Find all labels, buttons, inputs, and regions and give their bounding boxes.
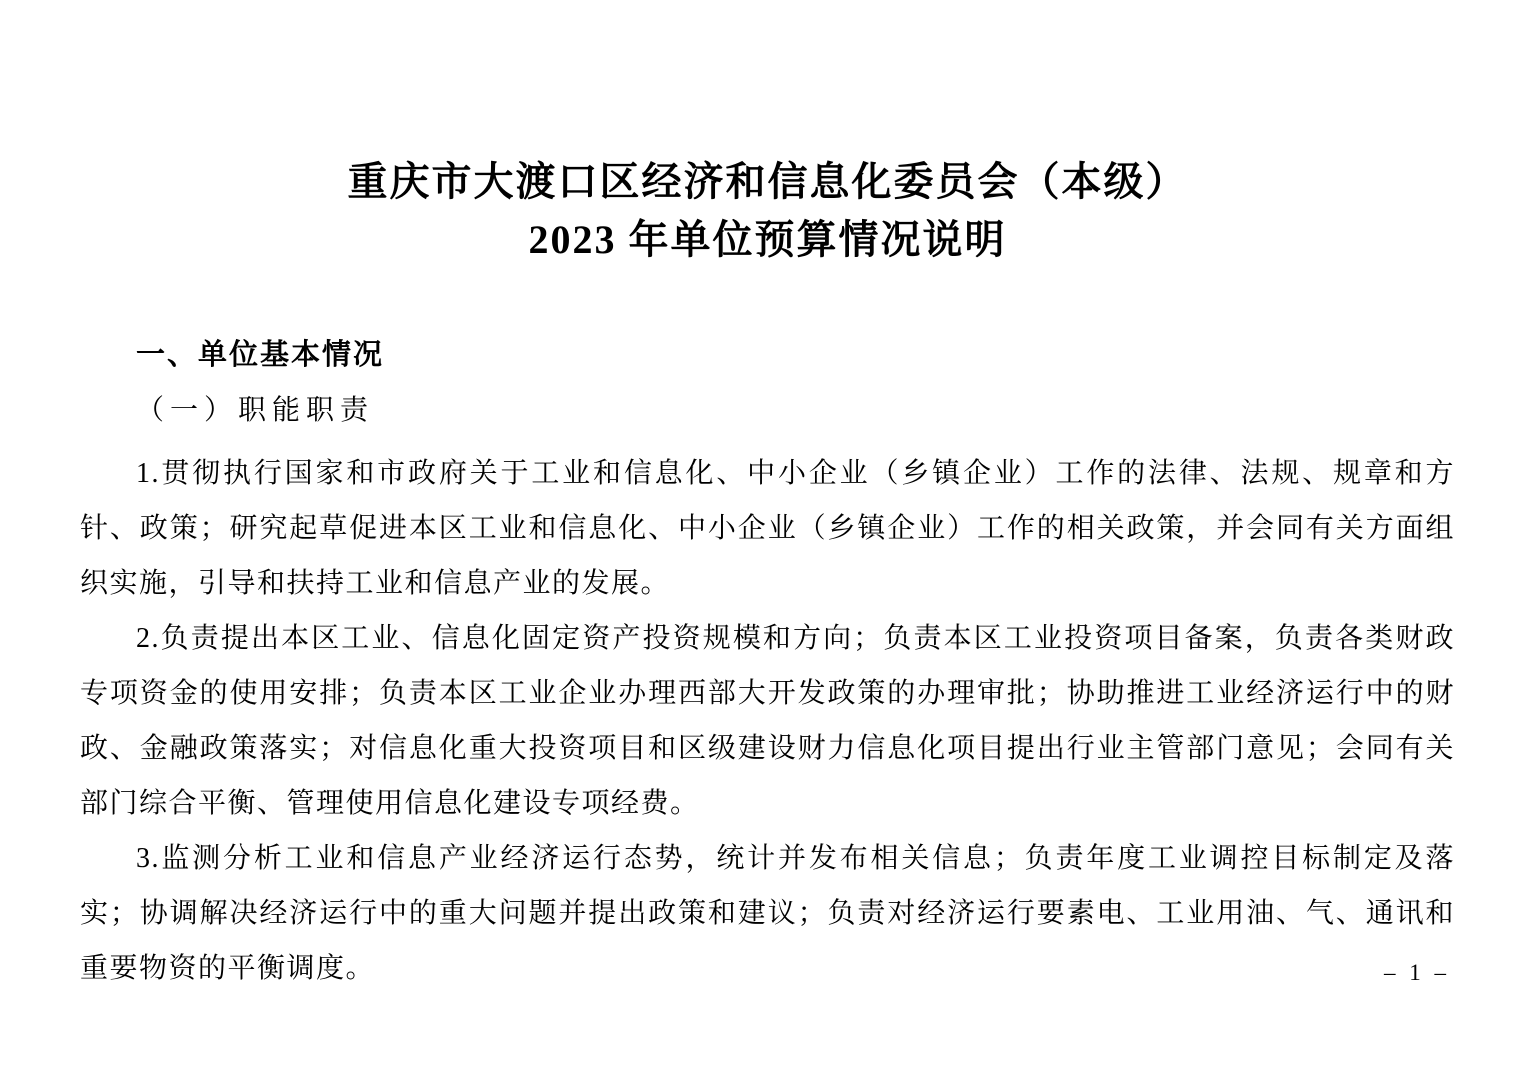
document-title-line2: 2023 年单位预算情况说明 [80, 216, 1455, 264]
subsection-heading: （一）职能职责 [136, 394, 1455, 428]
body-paragraph-1: 1.贯彻执行国家和市政府关于工业和信息化、中小企业（乡镇企业）工作的法律、法规、… [80, 446, 1455, 611]
document-title-line1: 重庆市大渡口区经济和信息化委员会（本级） [80, 158, 1455, 206]
body-paragraph-2: 2.负责提出本区工业、信息化固定资产投资规模和方向；负责本区工业投资项目备案，负… [80, 611, 1455, 831]
body-paragraph-3: 3.监测分析工业和信息产业经济运行态势，统计并发布相关信息；负责年度工业调控目标… [80, 831, 1455, 996]
document-page: 重庆市大渡口区经济和信息化委员会（本级） 2023 年单位预算情况说明 一、单位… [0, 0, 1520, 1074]
page-number: – 1 – [1384, 960, 1450, 986]
section-heading: 一、单位基本情况 [136, 338, 1455, 372]
